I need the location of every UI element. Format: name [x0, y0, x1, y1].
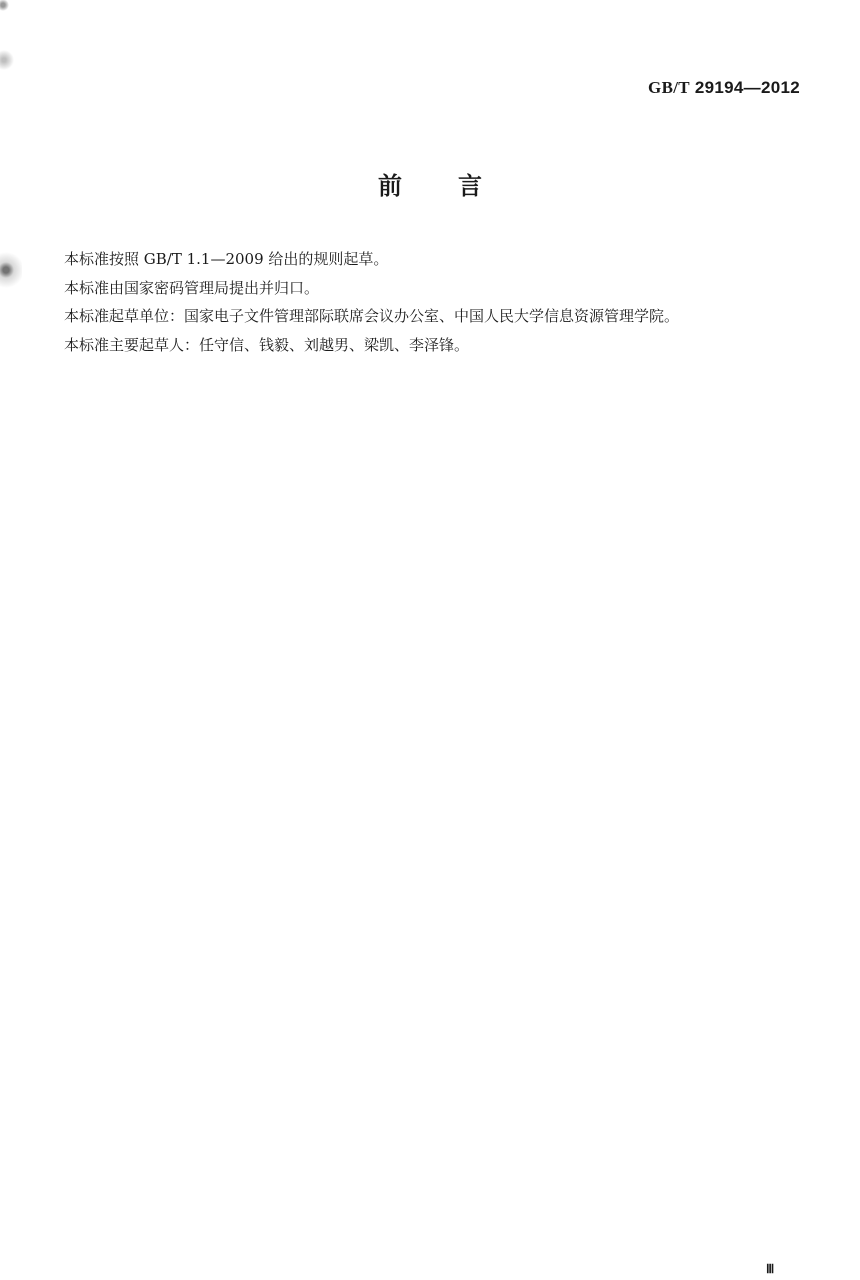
paragraph-drafters: 本标准主要起草人：任守信、钱毅、刘越男、梁凯、李泽锋。	[64, 331, 820, 360]
title-char-2: 言	[458, 166, 482, 201]
title-char-1: 前	[378, 166, 402, 201]
paragraph-proposer: 本标准由国家密码管理局提出并归口。	[64, 274, 820, 303]
standard-number: 29194—2012	[695, 78, 800, 97]
standard-code: GB/T 29194—2012	[648, 78, 800, 98]
page-title: 前言	[0, 166, 860, 201]
paragraph-drafting-rules: 本标准按照 GB/T 1.1—2009 给出的规则起草。	[64, 245, 820, 274]
paragraph-drafting-units: 本标准起草单位：国家电子文件管理部际联席会议办公室、中国人民大学信息资源管理学院…	[64, 302, 820, 331]
standard-prefix: GB/T	[648, 78, 690, 97]
foreword-body: 本标准按照 GB/T 1.1—2009 给出的规则起草。 本标准由国家密码管理局…	[64, 245, 820, 359]
page-number: Ⅲ	[766, 1262, 774, 1277]
